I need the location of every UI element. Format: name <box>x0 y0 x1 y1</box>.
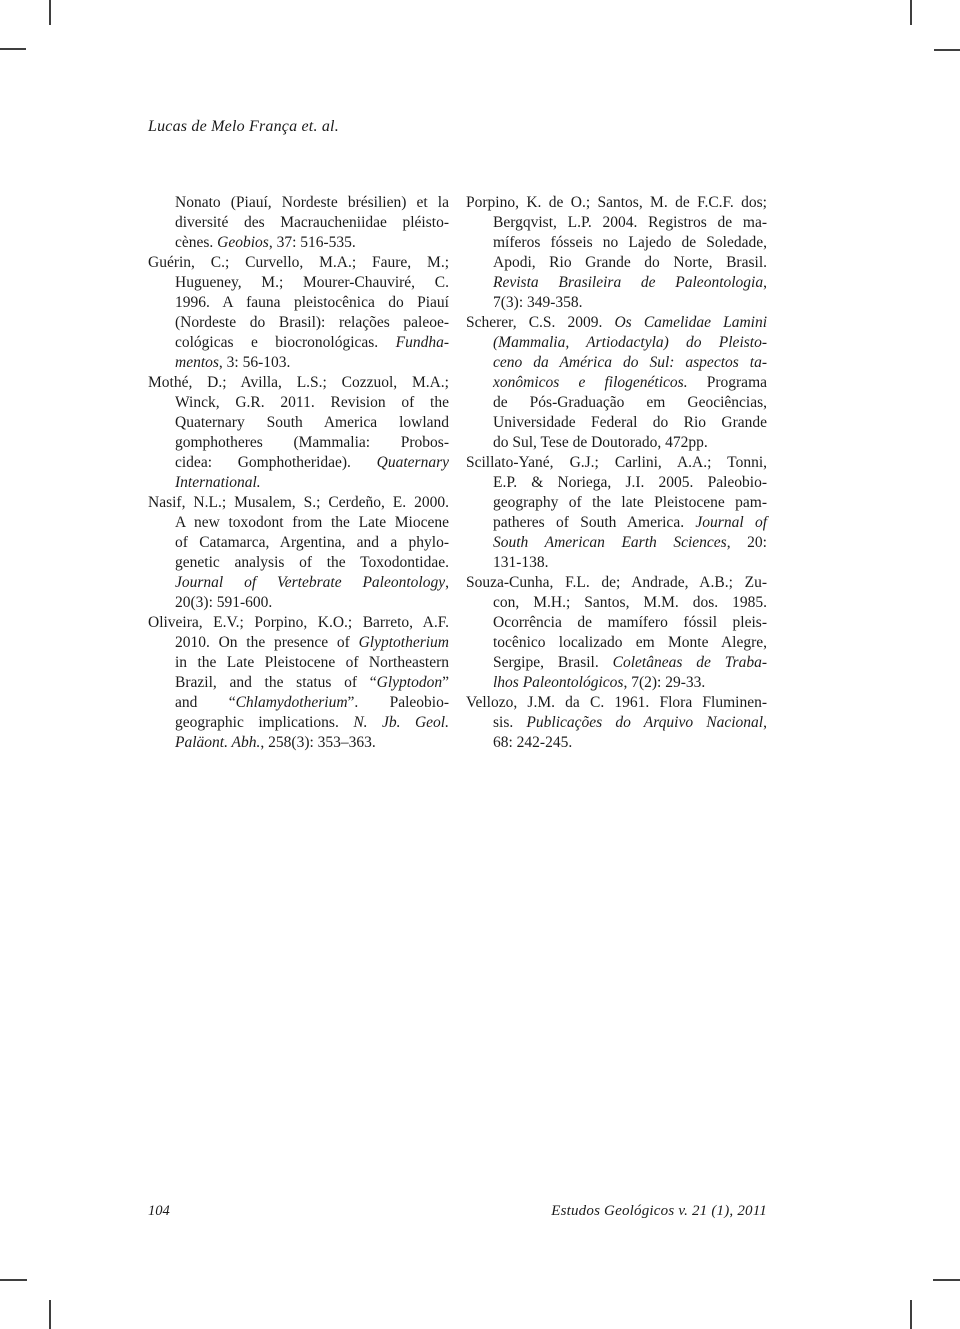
reference-line: cológicas e biocronológicas. Fundha- <box>148 333 449 353</box>
reference-line: Souza-Cunha, F.L. de; Andrade, A.B.; Zu- <box>466 573 767 593</box>
reference-text: , 3: 56-103. <box>219 354 290 371</box>
reference-line: cidea: Gomphotheridae). Quaternary <box>148 453 449 473</box>
reference-entry: Mothé, D.; Avilla, L.S.; Cozzuol, M.A.;W… <box>148 373 449 493</box>
reference-line: Paläont. Abh., 258(3): 353–363. <box>148 733 449 753</box>
reference-line: in the Late Pleistocene of Northeastern <box>148 653 449 673</box>
crop-mark-top-left-horizontal <box>0 48 26 50</box>
crop-mark-top-right-vertical <box>910 0 912 25</box>
reference-text: of Catamarca, Argentina, and a phylo- <box>175 534 449 551</box>
reference-text: Souza-Cunha, F.L. de; Andrade, A.B.; Zu- <box>466 574 767 591</box>
reference-text: 1996. A fauna pleistocênica do Piauí <box>175 294 449 311</box>
reference-text-italic: Paläont. Abh. <box>175 734 260 751</box>
reference-text: geographic implications. <box>175 714 353 731</box>
reference-text-italic: Glyptotherium <box>359 634 449 651</box>
reference-line: Oliveira, E.V.; Porpino, K.O.; Barreto, … <box>148 613 449 633</box>
reference-line: Apodi, Rio Grande do Norte, Brasil. <box>466 253 767 273</box>
reference-text-italic: Os Camelidae Lamini <box>614 314 767 331</box>
reference-text: Nasif, N.L.; Musalem, S.; Cerdeño, E. 20… <box>148 494 449 511</box>
reference-text: cènes. <box>175 234 217 251</box>
reference-text: Sergipe, Brasil. <box>493 654 613 671</box>
reference-text-italic: Fundha- <box>396 334 449 351</box>
reference-text-italic: lhos Paleontológicos <box>493 674 623 691</box>
reference-text: , <box>763 274 767 291</box>
reference-line: South American Earth Sciences, 20: <box>466 533 767 553</box>
reference-line: Brazil, and the status of “Glyptodon” <box>148 673 449 693</box>
reference-line: patheres of South America. Journal of <box>466 513 767 533</box>
reference-text-italic: N. Jb. Geol. <box>353 714 449 731</box>
reference-text: , <box>763 714 767 731</box>
reference-text: míferos fósseis no Lajedo de Soledade, <box>493 234 767 251</box>
reference-text: gomphotheres (Mammalia: Probos- <box>175 434 449 451</box>
reference-entry: Souza-Cunha, F.L. de; Andrade, A.B.; Zu-… <box>466 573 767 693</box>
reference-line: Hugueney, M.; Mourer-Chauviré, C. <box>148 273 449 293</box>
reference-line: (Nordeste do Brasil): relações paleoe- <box>148 313 449 333</box>
reference-text: Nonato (Piauí, Nordeste brésilien) et la <box>175 194 449 211</box>
reference-text: 131-138. <box>493 554 549 571</box>
reference-line: gomphotheres (Mammalia: Probos- <box>148 433 449 453</box>
reference-text: Porpino, K. de O.; Santos, M. de F.C.F. … <box>466 194 767 211</box>
reference-text: sis. <box>493 714 526 731</box>
reference-text-italic: (Mammalia, Artiodactyla) do Pleisto- <box>493 334 767 351</box>
reference-text: Mothé, D.; Avilla, L.S.; Cozzuol, M.A.; <box>148 374 449 391</box>
reference-text-italic: Glyptodon <box>377 674 442 691</box>
crop-mark-bottom-right-horizontal <box>933 1279 960 1281</box>
reference-text: Brazil, and the status of “ <box>175 674 377 691</box>
reference-text: A new toxodont from the Late Miocene <box>175 514 449 531</box>
reference-text: Quaternary South America lowland <box>175 414 449 431</box>
reference-line: con, M.H.; Santos, M.M. dos. 1985. <box>466 593 767 613</box>
reference-text: Hugueney, M.; Mourer-Chauviré, C. <box>175 274 449 291</box>
reference-line: International. <box>148 473 449 493</box>
reference-text-italic: Chlamydotherium <box>236 694 348 711</box>
reference-text: de Pós-Graduação em Geociências, <box>493 394 767 411</box>
reference-text-italic: ceno da América do Sul: aspectos ta- <box>493 354 767 371</box>
journal-citation: Estudos Geológicos v. 21 (1), 2011 <box>551 1202 767 1220</box>
reference-text: genetic analysis of the Toxodontidae. <box>175 554 449 571</box>
reference-line: sis. Publicações do Arquivo Nacional, <box>466 713 767 733</box>
reference-line: tocênico localizado em Monte Alegre, <box>466 633 767 653</box>
reference-line: Vellozo, J.M. da C. 1961. Flora Fluminen… <box>466 693 767 713</box>
reference-line: Quaternary South America lowland <box>148 413 449 433</box>
reference-text: 2010. On the presence of <box>175 634 359 651</box>
reference-text: Programa <box>688 374 767 391</box>
reference-text-italic: Revista Brasileira de Paleontologia <box>493 274 763 291</box>
journal-page: Lucas de Melo França et. al. Nonato (Pia… <box>0 0 960 1329</box>
reference-line: Mothé, D.; Avilla, L.S.; Cozzuol, M.A.; <box>148 373 449 393</box>
reference-line: geography of the late Pleistocene pam- <box>466 493 767 513</box>
reference-text: diversité des Macraucheniidae pléisto- <box>175 214 449 231</box>
reference-text-italic: Journal of Vertebrate Paleontology <box>175 574 445 591</box>
reference-text: Winck, G.R. 2011. Revision of the <box>175 394 449 411</box>
reference-text: (Nordeste do Brasil): relações paleoe- <box>175 314 449 331</box>
reference-line: lhos Paleontológicos, 7(2): 29-33. <box>466 673 767 693</box>
reference-line: Universidade Federal do Rio Grande <box>466 413 767 433</box>
reference-entry: Nasif, N.L.; Musalem, S.; Cerdeño, E. 20… <box>148 493 449 613</box>
reference-text: ”. Paleobio- <box>348 694 449 711</box>
reference-line: A new toxodont from the Late Miocene <box>148 513 449 533</box>
reference-entry: Guérin, C.; Curvello, M.A.; Faure, M.;Hu… <box>148 253 449 373</box>
reference-entry: Vellozo, J.M. da C. 1961. Flora Fluminen… <box>466 693 767 753</box>
reference-text: Guérin, C.; Curvello, M.A.; Faure, M.; <box>148 254 449 271</box>
reference-text-italic: mentos <box>175 354 219 371</box>
reference-text: in the Late Pleistocene of Northeastern <box>175 654 449 671</box>
reference-line: Scherer, C.S. 2009. Os Camelidae Lamini <box>466 313 767 333</box>
reference-text-italic: Journal of <box>695 514 767 531</box>
reference-text-italic: South American Earth Sciences <box>493 534 727 551</box>
reference-entry: Nonato (Piauí, Nordeste brésilien) et la… <box>148 193 449 253</box>
reference-line: cènes. Geobios, 37: 516-535. <box>148 233 449 253</box>
reference-text: cológicas e biocronológicas. <box>175 334 396 351</box>
reference-line: 1996. A fauna pleistocênica do Piauí <box>148 293 449 313</box>
reference-line: geographic implications. N. Jb. Geol. <box>148 713 449 733</box>
reference-text: E.P. & Noriega, J.I. 2005. Paleobio- <box>493 474 767 491</box>
reference-line: mentos, 3: 56-103. <box>148 353 449 373</box>
reference-text: , 20: <box>727 534 767 551</box>
reference-text: , 37: 516-535. <box>269 234 356 251</box>
reference-line: diversité des Macraucheniidae pléisto- <box>148 213 449 233</box>
reference-line: Revista Brasileira de Paleontologia, <box>466 273 767 293</box>
crop-mark-bottom-right-vertical <box>910 1300 912 1329</box>
reference-line: míferos fósseis no Lajedo de Soledade, <box>466 233 767 253</box>
reference-line: Winck, G.R. 2011. Revision of the <box>148 393 449 413</box>
running-header: Lucas de Melo França et. al. <box>148 117 339 137</box>
reference-text: patheres of South America. <box>493 514 695 531</box>
reference-line: 7(3): 349-358. <box>466 293 767 313</box>
reference-line: Nonato (Piauí, Nordeste brésilien) et la <box>148 193 449 213</box>
reference-text: Apodi, Rio Grande do Norte, Brasil. <box>493 254 767 271</box>
reference-entry: Porpino, K. de O.; Santos, M. de F.C.F. … <box>466 193 767 313</box>
reference-text: 68: 242-245. <box>493 734 572 751</box>
reference-text: Universidade Federal do Rio Grande <box>493 414 767 431</box>
reference-text: cidea: Gomphotheridae). <box>175 454 377 471</box>
references-column-left: Nonato (Piauí, Nordeste brésilien) et la… <box>148 193 449 753</box>
reference-line: 2010. On the presence of Glyptotherium <box>148 633 449 653</box>
reference-text: geography of the late Pleistocene pam- <box>493 494 767 511</box>
reference-text-italic: Geobios <box>217 234 269 251</box>
reference-line: do Sul, Tese de Doutorado, 472pp. <box>466 433 767 453</box>
reference-text: tocênico localizado em Monte Alegre, <box>493 634 767 651</box>
page-footer: 104 Estudos Geológicos v. 21 (1), 2011 <box>148 1202 767 1220</box>
reference-text: Oliveira, E.V.; Porpino, K.O.; Barreto, … <box>148 614 449 631</box>
reference-line: of Catamarca, Argentina, and a phylo- <box>148 533 449 553</box>
reference-text: con, M.H.; Santos, M.M. dos. 1985. <box>493 594 767 611</box>
reference-line: Nasif, N.L.; Musalem, S.; Cerdeño, E. 20… <box>148 493 449 513</box>
reference-text: , <box>445 574 449 591</box>
reference-text: Bergqvist, L.P. 2004. Registros de ma- <box>493 214 767 231</box>
reference-text: ” <box>442 674 449 691</box>
reference-line: E.P. & Noriega, J.I. 2005. Paleobio- <box>466 473 767 493</box>
reference-line: 20(3): 591-600. <box>148 593 449 613</box>
reference-text: and “ <box>175 694 236 711</box>
reference-line: ceno da América do Sul: aspectos ta- <box>466 353 767 373</box>
crop-mark-top-left-vertical <box>49 0 51 25</box>
reference-text: Vellozo, J.M. da C. 1961. Flora Fluminen… <box>466 694 767 711</box>
reference-entry: Scherer, C.S. 2009. Os Camelidae Lamini(… <box>466 313 767 453</box>
reference-entry: Scillato-Yané, G.J.; Carlini, A.A.; Tonn… <box>466 453 767 573</box>
reference-line: 131-138. <box>466 553 767 573</box>
reference-line: Guérin, C.; Curvello, M.A.; Faure, M.; <box>148 253 449 273</box>
crop-mark-bottom-left-horizontal <box>0 1279 27 1281</box>
reference-line: Bergqvist, L.P. 2004. Registros de ma- <box>466 213 767 233</box>
references-column-right: Porpino, K. de O.; Santos, M. de F.C.F. … <box>466 193 767 753</box>
crop-mark-top-right-horizontal <box>934 49 960 51</box>
reference-text-italic: Quaternary <box>377 454 449 471</box>
reference-line: de Pós-Graduação em Geociências, <box>466 393 767 413</box>
references-section: Nonato (Piauí, Nordeste brésilien) et la… <box>148 193 767 753</box>
reference-text: Scillato-Yané, G.J.; Carlini, A.A.; Tonn… <box>466 454 767 471</box>
reference-line: 68: 242-245. <box>466 733 767 753</box>
reference-line: xonômicos e filogenéticos. Programa <box>466 373 767 393</box>
reference-text: , 7(2): 29-33. <box>623 674 705 691</box>
reference-text: , 258(3): 353–363. <box>260 734 375 751</box>
reference-entry: Oliveira, E.V.; Porpino, K.O.; Barreto, … <box>148 613 449 753</box>
crop-mark-bottom-left-vertical <box>49 1300 51 1329</box>
reference-line: (Mammalia, Artiodactyla) do Pleisto- <box>466 333 767 353</box>
reference-text-italic: Publicações do Arquivo Nacional <box>526 714 763 731</box>
reference-line: Journal of Vertebrate Paleontology, <box>148 573 449 593</box>
reference-line: Scillato-Yané, G.J.; Carlini, A.A.; Tonn… <box>466 453 767 473</box>
reference-text: 20(3): 591-600. <box>175 594 272 611</box>
reference-line: Ocorrência de mamífero fóssil pleis- <box>466 613 767 633</box>
reference-line: and “Chlamydotherium”. Paleobio- <box>148 693 449 713</box>
reference-line: Sergipe, Brasil. Coletâneas de Traba- <box>466 653 767 673</box>
reference-text-italic: International. <box>175 474 261 491</box>
reference-text: do Sul, Tese de Doutorado, 472pp. <box>493 434 708 451</box>
reference-text-italic: xonômicos e filogenéticos. <box>493 374 688 391</box>
page-number: 104 <box>148 1202 170 1220</box>
reference-text: Scherer, C.S. 2009. <box>466 314 614 331</box>
reference-line: Porpino, K. de O.; Santos, M. de F.C.F. … <box>466 193 767 213</box>
reference-line: genetic analysis of the Toxodontidae. <box>148 553 449 573</box>
reference-text: Ocorrência de mamífero fóssil pleis- <box>493 614 767 631</box>
reference-text: 7(3): 349-358. <box>493 294 583 311</box>
reference-text-italic: Coletâneas de Traba- <box>613 654 767 671</box>
